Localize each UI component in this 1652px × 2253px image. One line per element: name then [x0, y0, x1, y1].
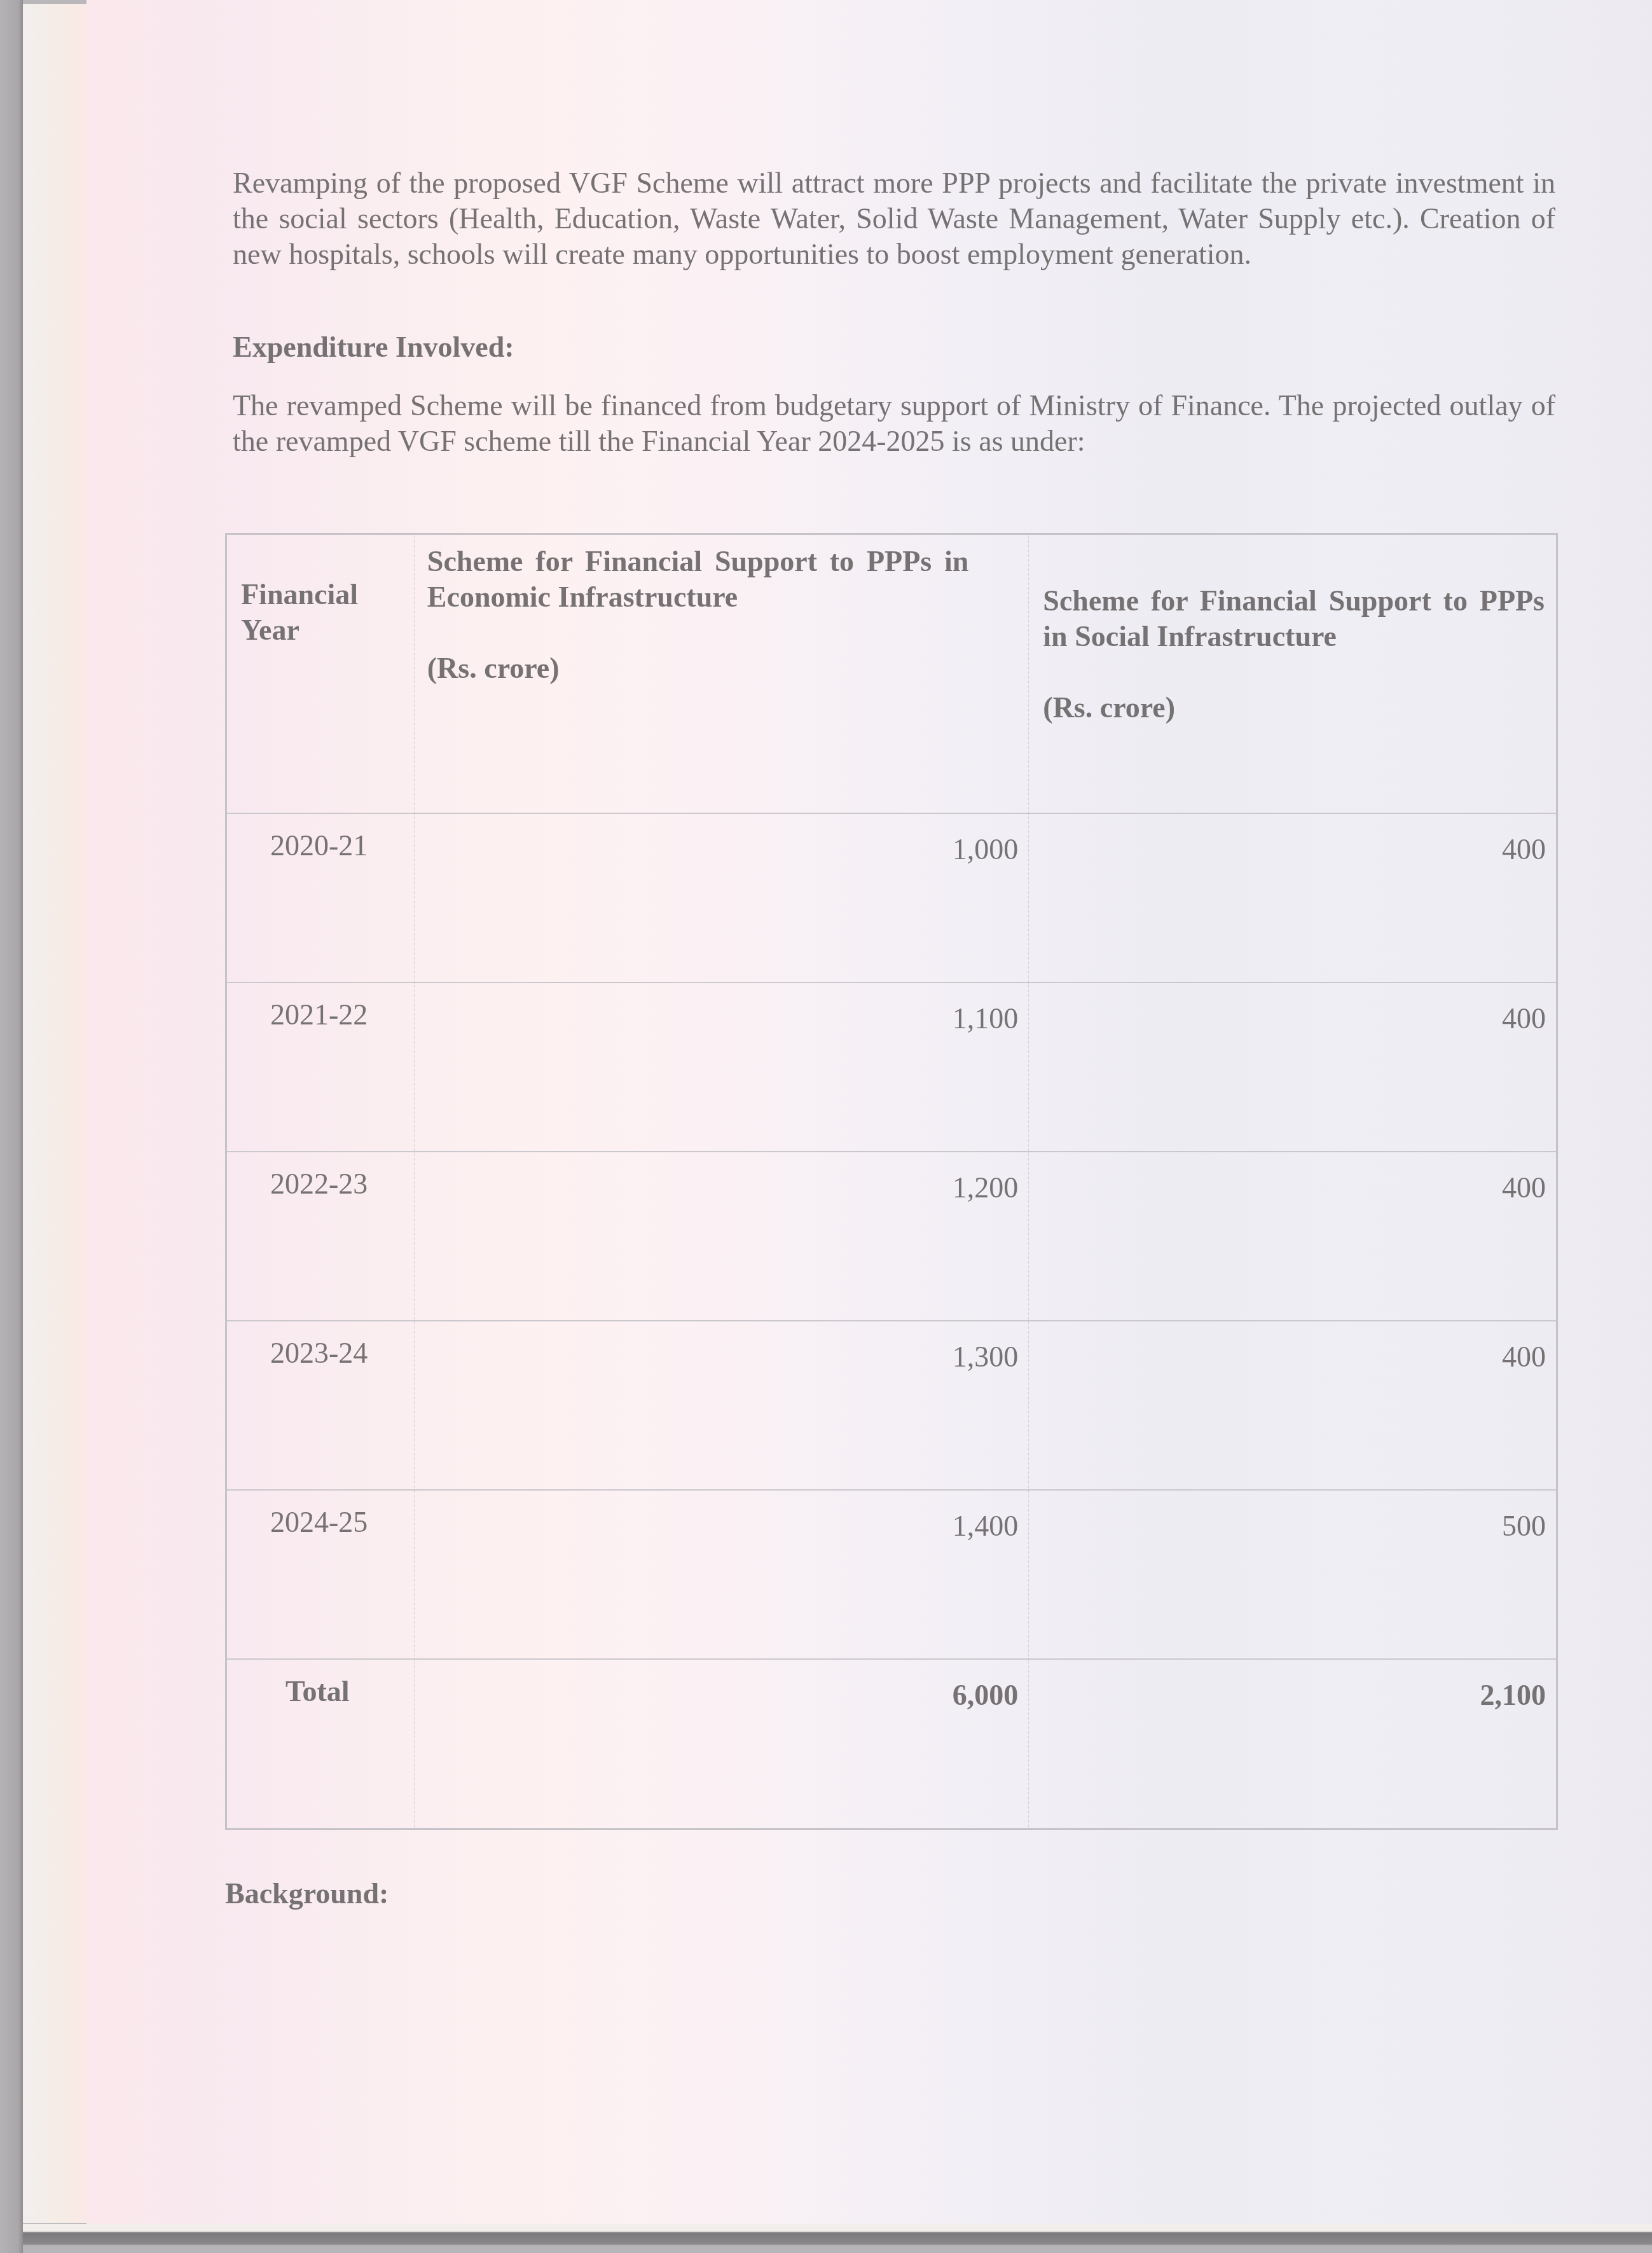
year-cell: 2021-22	[226, 982, 415, 1152]
year-cell: 2024-25	[226, 1490, 415, 1659]
scanner-bottom-edge	[23, 2224, 1652, 2253]
paragraph-financing: The revamped Scheme will be financed fro…	[233, 388, 1555, 459]
social-value-cell: 500	[1029, 1490, 1557, 1659]
economic-value-cell: 1,000	[414, 813, 1029, 982]
table-header-row: Financial Year Scheme for Financial Supp…	[226, 534, 1557, 813]
economic-value-cell: 1,400	[414, 1490, 1029, 1659]
social-value-cell: 400	[1029, 813, 1557, 982]
total-social-value: 2,100	[1029, 1659, 1557, 1829]
total-label: Total	[226, 1659, 415, 1829]
header-financial-year: Financial Year	[226, 534, 415, 813]
heading-background: Background:	[225, 1876, 389, 1912]
table-total-row: Total 6,000 2,100	[226, 1659, 1557, 1829]
year-cell: 2020-21	[226, 813, 415, 982]
table-row: 2021-22 1,100 400	[226, 982, 1557, 1152]
header-economic-infrastructure: Scheme for Financial Support to PPPs in …	[414, 534, 1029, 813]
table-row: 2022-23 1,200 400	[226, 1152, 1557, 1321]
heading-expenditure-involved: Expenditure Involved:	[233, 329, 514, 365]
year-cell: 2023-24	[226, 1321, 415, 1490]
header-social-title: Scheme for Financial Support to PPPs in …	[1043, 584, 1545, 652]
header-economic-unit: (Rs. crore)	[427, 651, 969, 686]
table-row: 2023-24 1,300 400	[226, 1321, 1557, 1490]
social-value-cell: 400	[1029, 982, 1557, 1152]
table-row: 2020-21 1,000 400	[226, 813, 1557, 982]
economic-value-cell: 1,300	[414, 1321, 1029, 1490]
header-social-unit: (Rs. crore)	[1043, 690, 1545, 726]
header-social-infrastructure: Scheme for Financial Support to PPPs in …	[1029, 534, 1557, 813]
economic-value-cell: 1,100	[414, 982, 1029, 1152]
total-economic-value: 6,000	[414, 1659, 1029, 1829]
year-cell: 2022-23	[226, 1152, 415, 1321]
social-value-cell: 400	[1029, 1152, 1557, 1321]
header-economic-title: Scheme for Financial Support to PPPs in …	[427, 545, 969, 613]
social-value-cell: 400	[1029, 1321, 1557, 1490]
paragraph-revamping: Revamping of the proposed VGF Scheme wil…	[233, 165, 1555, 272]
scanner-edge	[0, 0, 23, 2253]
page-margin-strip	[23, 4, 86, 2223]
economic-value-cell: 1,200	[414, 1152, 1029, 1321]
outlay-table: Financial Year Scheme for Financial Supp…	[225, 533, 1558, 1830]
table-row: 2024-25 1,400 500	[226, 1490, 1557, 1659]
